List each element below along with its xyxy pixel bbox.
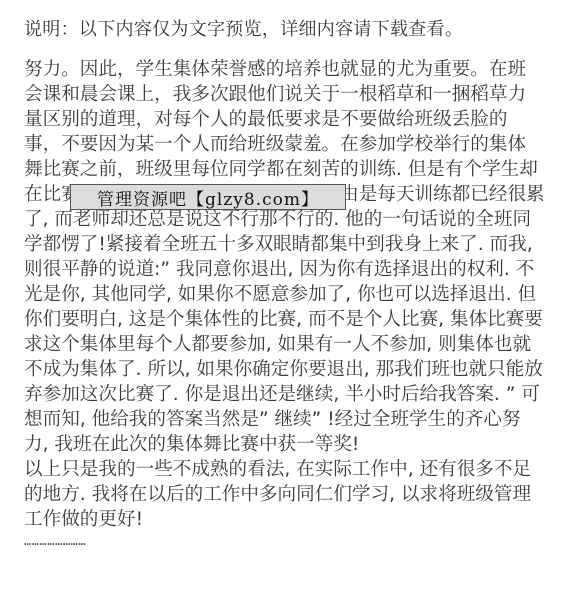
text-line: 学都愣了!紧接着全班五十多双眼睛都集中到我身上来了. 而我, — [24, 232, 564, 257]
text-line: 舞比赛之前，班级里每位同学都在刻苦的训练. 但是有个学生却 — [24, 157, 564, 182]
notice-header: 说明：以下内容仅为文字预览，详细内容请下载查看。 — [24, 18, 463, 42]
text-line: 事，不要因为某一个人而给班级蒙羞。在参加学校举行的集体 — [24, 132, 564, 157]
text-line: 了, 而老师却还总是说这不行那不行的. 他的一句话说的全班同 — [24, 207, 564, 232]
text-line: 则很平静的说道:” 我同意你退出, 因为你有选择退出的权利. 不 — [24, 257, 564, 282]
text-line: 不成为集体了. 所以, 如果你确定你要退出, 那我们班也就只能放 — [24, 357, 564, 382]
text-line: 想而知, 他给我的答案当然是” 继续” !经过全班学生的齐心努 — [24, 407, 564, 432]
text-line: 你们要明白, 这是个集体性的比赛, 而不是个人比赛, 集体比赛要 — [24, 307, 564, 332]
text-line: 量区别的道理，对每个人的最低要求是不要做给班级丢脸的 — [24, 107, 564, 132]
text-line: 光是你, 其他同学, 如果你不愿意参加了, 你也可以选择退出. 但 — [24, 282, 564, 307]
truncation-ellipsis: …………………… — [24, 534, 86, 548]
text-line: 弃参加这次比赛了. 你是退出还是继续, 半小时后给我答案. ” 可 — [24, 382, 564, 407]
watermark-banner: 管理资源吧【glzy8.com】 — [70, 184, 346, 210]
text-line: 工作做的更好! — [24, 507, 564, 532]
text-line: 努力。因此，学生集体荣誉感的培养也就显的尤为重要。在班 — [24, 57, 564, 82]
text-line: 力, 我班在此次的集体舞比赛中获一等奖! — [24, 432, 564, 457]
text-line: 以上只是我的一些不成熟的看法, 在实际工作中, 还有很多不足 — [24, 457, 564, 482]
text-line: 求这个集体里每个人都要参加, 如果有一人不参加, 则集体也就 — [24, 332, 564, 357]
text-line: 的地方. 我将在以后的工作中多向同仁们学习, 以求将班级管理 — [24, 482, 564, 507]
document-body: 努力。因此，学生集体荣誉感的培养也就显的尤为重要。在班 会课和晨会课上，我多次跟… — [24, 57, 564, 532]
text-line: 会课和晨会课上，我多次跟他们说关于一根稻草和一捆稻草力 — [24, 82, 564, 107]
